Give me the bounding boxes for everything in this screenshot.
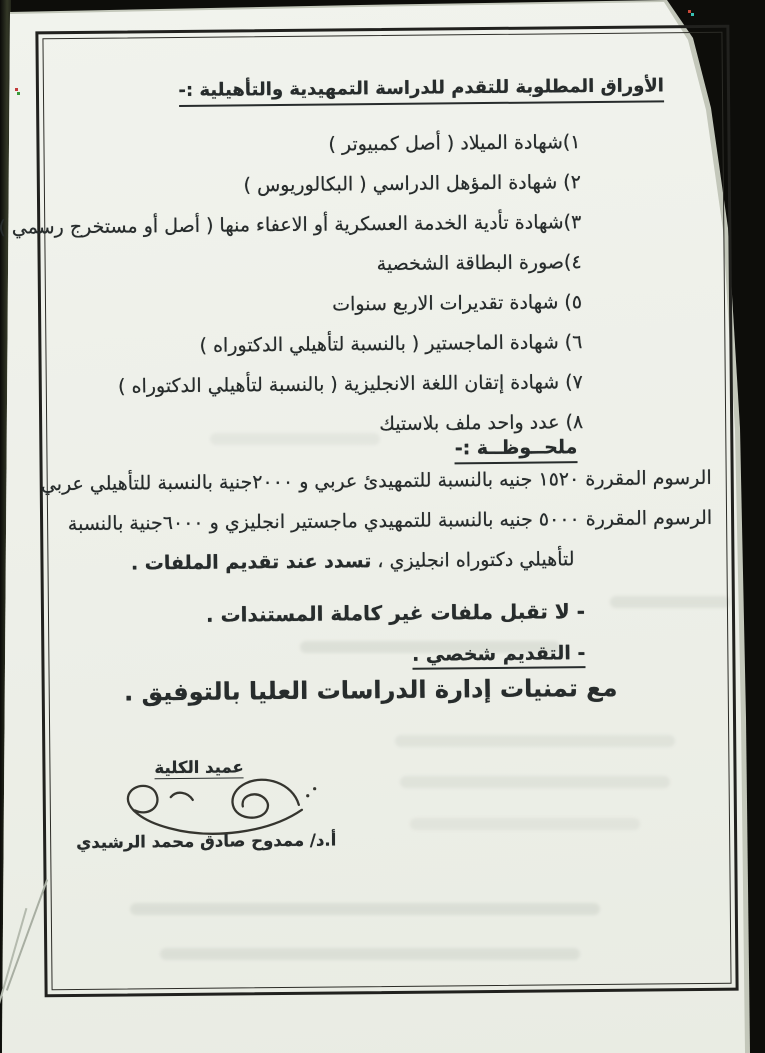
scan-noise-speck <box>17 92 20 95</box>
document-content: الأوراق المطلوبة للتقدم للدراسة التمهيدي… <box>35 25 738 998</box>
scan-noise-speck <box>691 13 694 16</box>
rule-incomplete-files: - لا تقبل ملفات غير كاملة المستندات . <box>206 599 585 627</box>
fees-line-2: الرسوم المقررة ٥٠٠٠ جنيه بالنسبة للتمهيد… <box>68 507 712 535</box>
fees-payment-emphasis: تسدد عند تقديم الملفات . <box>131 550 372 574</box>
required-document-item: ٦) شهادة الماجستير ( بالنسبة لتأهيلي الد… <box>52 322 582 367</box>
dean-name: أ.د/ ممدوح صادق محمد الرشيدي <box>76 831 336 852</box>
required-document-item: ١)شهادة الميلاد ( أصل كمبيوتر ) <box>50 122 580 167</box>
required-documents-list: ١)شهادة الميلاد ( أصل كمبيوتر ) ٢) شهادة… <box>50 122 583 447</box>
required-document-item: ٢) شهادة المؤهل الدراسي ( البكالوريوس ) <box>51 162 581 207</box>
scanned-page: { "page": { "title": "الأوراق المطلوبة ل… <box>0 0 765 1053</box>
closing-wishes: مع تمنيات إدارة الدراسات العليا بالتوفيق… <box>42 673 700 707</box>
required-document-item: ٧) شهادة إتقان اللغة الانجليزية ( بالنسب… <box>53 362 583 407</box>
document-title: الأوراق المطلوبة للتقدم للدراسة التمهيدي… <box>178 75 664 107</box>
fees-line-3: لتأهيلي دكتوراه انجليزي ، تسدد عند تقديم… <box>131 548 575 574</box>
fees-line-1: الرسوم المقررة ١٥٢٠ جنيه بالنسبة للتمهيد… <box>41 467 712 495</box>
note-heading: ملحــوظــة :- <box>455 436 578 464</box>
fees-line-3-text: لتأهيلي دكتوراه انجليزي ، <box>371 548 574 572</box>
required-document-item: ٥) شهادة تقديرات الاربع سنوات <box>52 282 582 327</box>
scan-noise-speck <box>15 88 18 91</box>
printed-area: الأوراق المطلوبة للتقدم للدراسة التمهيدي… <box>35 25 738 998</box>
rule-apply-in-person: - التقديم شخصي . <box>412 642 586 670</box>
required-document-item: ٤)صورة البطاقة الشخصية <box>51 242 581 287</box>
required-document-item: ٣)شهادة تأدية الخدمة العسكرية أو الاعفاء… <box>51 202 581 247</box>
